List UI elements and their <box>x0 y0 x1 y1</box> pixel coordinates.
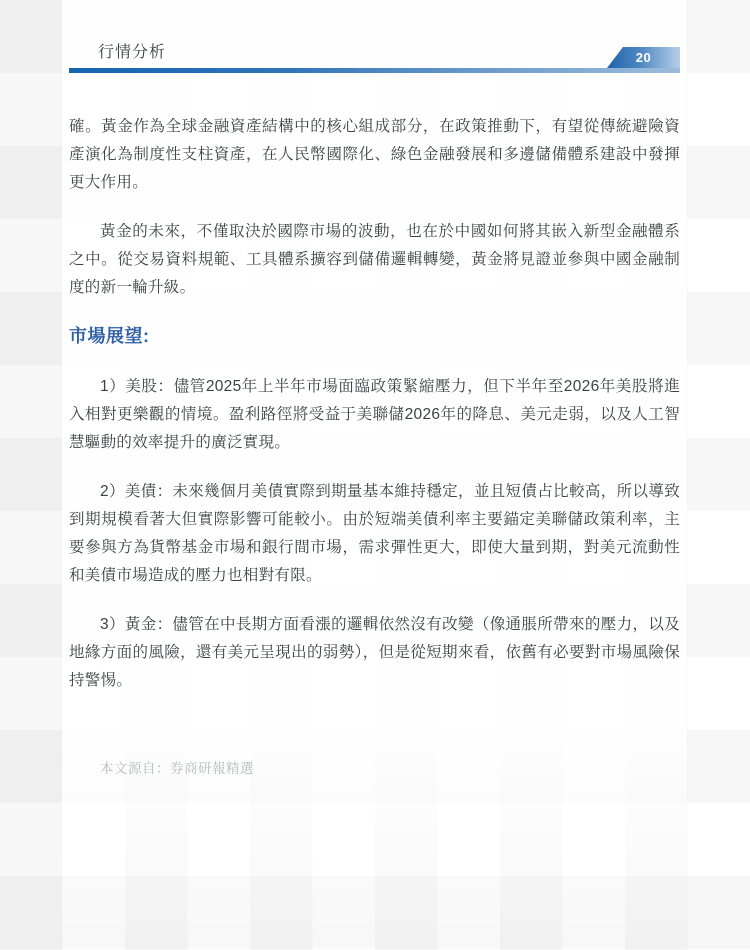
page-title: 行情分析 <box>98 44 680 62</box>
content-column: 行情分析 20 確。黃金作為全球金融資產結構中的核心組成部分，在政策推動下，有望… <box>62 0 687 950</box>
source-note: 本文源自：券商研報精選 <box>100 761 680 777</box>
page-header: 行情分析 20 <box>69 0 680 73</box>
outlook-item-us-bonds: 2）美債：未來幾個月美債實際到期量基本維持穩定，並且短債占比較高，所以導致到期規… <box>69 478 680 590</box>
body-paragraph-gold-role: 確。黃金作為全球金融資產結構中的核心組成部分，在政策推動下，有望從傳統避險資產演… <box>69 113 680 197</box>
body-paragraph-gold-future: 黃金的未來，不僅取決於國際市場的波動，也在於中國如何將其嵌入新型金融體系之中。從… <box>69 218 680 302</box>
header-divider <box>69 68 680 73</box>
document-body: 確。黃金作為全球金融資產結構中的核心組成部分，在政策推動下，有望從傳統避險資產演… <box>69 113 680 777</box>
outlook-item-us-stocks: 1）美股：儘管2025年上半年市場面臨政策緊縮壓力，但下半年至2026年美股將進… <box>69 373 680 457</box>
outlook-item-gold: 3）黃金：儘管在中長期方面看漲的邏輯依然沒有改變（像通脹所帶來的壓力，以及地緣方… <box>69 611 680 695</box>
page-number: 20 <box>636 50 651 65</box>
section-heading-market-outlook: 市場展望: <box>69 323 680 349</box>
